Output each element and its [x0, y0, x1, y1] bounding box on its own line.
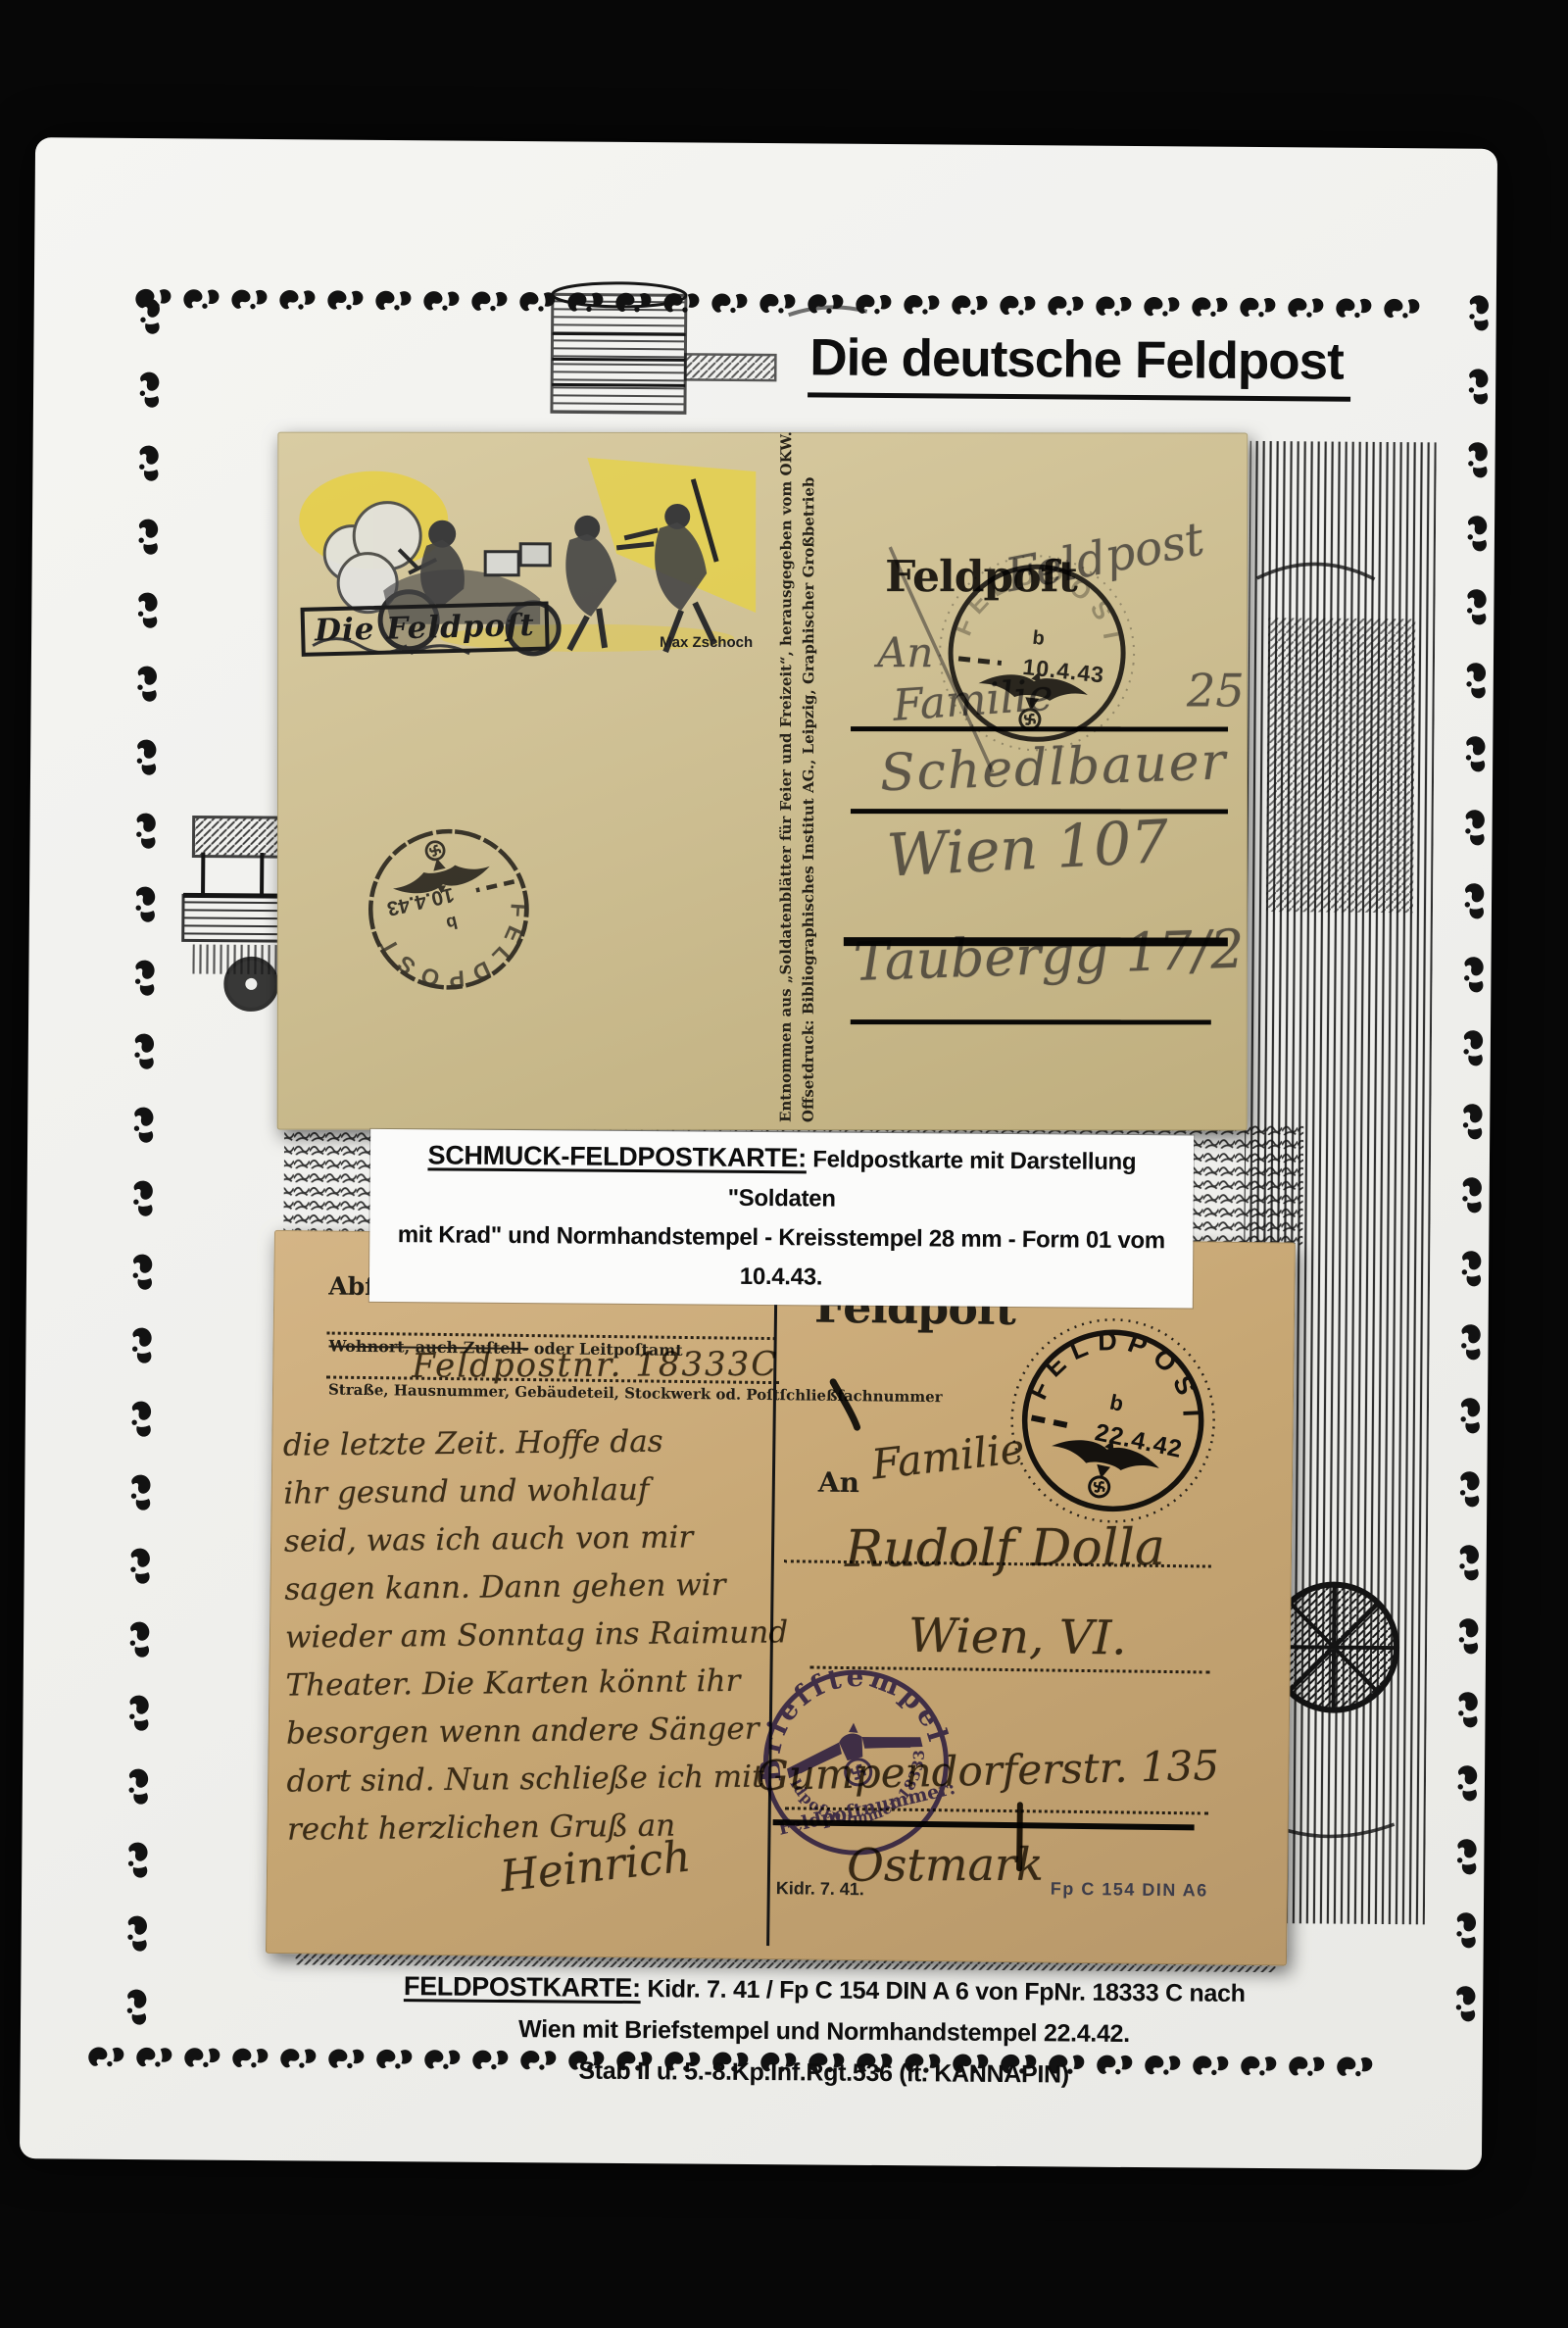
ornament-motif [129, 1177, 156, 1221]
ornament-motif [1465, 366, 1492, 410]
ornament-motif [1464, 513, 1491, 557]
ornament-motif [181, 2044, 225, 2070]
ornament-motif [123, 1986, 150, 2030]
ornament-motif [1454, 1689, 1481, 1733]
caption-2: FELDPOSTKARTE: Kidr. 7. 41 / Fp C 154 DI… [343, 1965, 1304, 2098]
attribution-line-2: Offsetdruck: Bibliographisches Institut … [798, 440, 821, 1122]
message-line: wieder am Sonntag ins Raimund [285, 1609, 775, 1661]
handwritten-message: die letzte Zeit. Hoffe das ihr gesund un… [283, 1416, 778, 1854]
attribution-line-1: Entnommen aus „Soldatenblätter für Feier… [775, 440, 799, 1122]
postmark-circle-2: FELDPOST b 10.4.43 [337, 798, 561, 1021]
ornament-motif [124, 1839, 151, 1883]
postmark2-code: b [444, 913, 459, 934]
ornament-motif [1093, 293, 1137, 320]
caption-1: SCHMUCK-FELDPOSTKARTE: Feldpostkarte mit… [369, 1129, 1194, 1309]
ornament-motif [133, 736, 160, 780]
ornament-motif [125, 1692, 152, 1736]
message-line: sagen kann. Dann gehen wir [284, 1560, 774, 1613]
message-line: die letzte Zeit. Hoffe das [283, 1416, 773, 1469]
postcard-2: Abſender Gfr. Karlik heinrich Wohnort, a… [266, 1230, 1296, 1966]
ornament-motif [1463, 586, 1490, 630]
ornament-motif [128, 1324, 155, 1368]
ornament-motif [1460, 954, 1487, 998]
ornament-motif [1455, 1615, 1482, 1659]
ornament-motif [516, 288, 561, 315]
ornament-motif [372, 287, 416, 314]
ornament-motif [661, 289, 705, 316]
artwork-artist: Max Zschoch [660, 634, 753, 651]
ornament-motif [949, 291, 993, 318]
ornament-motif [420, 287, 465, 314]
ornament-motif [1045, 292, 1089, 319]
artwork-title: Die Feldpoſt [315, 608, 536, 649]
ornament-motif [1457, 1395, 1484, 1439]
message-line: Theater. Die Karten könnt ihr [285, 1657, 775, 1709]
ornament-motif [180, 285, 224, 312]
ornament-motif [1460, 1027, 1487, 1071]
message-line: dort sind. Nun schließe ich mit [286, 1753, 776, 1806]
ornament-motif [85, 2044, 129, 2070]
postmark-ring-text: FELDPOST [1021, 1309, 1224, 1436]
postmark-code: b [1031, 627, 1045, 650]
postmark-code: b [1107, 1390, 1125, 1416]
handwritten-city: Wien 107 [885, 808, 1170, 891]
ornament-motif [564, 288, 609, 315]
ornament-motif [134, 663, 161, 707]
ornament-motif [1189, 293, 1233, 320]
form-code-right: Fp C 154 DIN A6 [1051, 1879, 1208, 1902]
ornament-motif [997, 292, 1041, 319]
handwritten-street: Taubergg 17/2 [853, 918, 1246, 994]
postmark-circle: FELDPOST b 22.4.42 [986, 1293, 1241, 1548]
ornament-motif [129, 1251, 156, 1295]
ornament-motif [1453, 1836, 1480, 1880]
ornament-motif [132, 810, 159, 854]
ornament-motif [1461, 807, 1488, 851]
ornament-motif [1464, 439, 1491, 483]
ornament-motif [1462, 733, 1489, 777]
ornament-motif [1456, 1468, 1483, 1512]
ornament-motif [805, 290, 849, 317]
ornament-motif [1237, 294, 1281, 321]
ornament-motif [1457, 1321, 1484, 1365]
ornament-motif [1381, 295, 1425, 322]
ornament-motif [127, 1471, 154, 1515]
caption-1-line-2: mit Krad" und Normhandstempel - Kreisste… [377, 1215, 1186, 1300]
ornament-motif [1452, 1983, 1479, 2027]
ornament-motif [1458, 1248, 1485, 1292]
svg-text:FELDPOST: FELDPOST [1021, 1309, 1224, 1436]
ornament-motif [853, 291, 897, 318]
caption-2-text: Kidr. 7. 41 / Fp C 154 DIN A 6 von FpNr.… [647, 1975, 1245, 2007]
ornament-motif [468, 288, 513, 315]
caption-1-line-1: SCHMUCK-FELDPOSTKARTE: Feldpostkarte mit… [377, 1135, 1186, 1221]
caption-2-label: FELDPOSTKARTE: [404, 1971, 641, 2003]
handwritten-number: 25 [1187, 664, 1245, 717]
ornament-motif [126, 1618, 153, 1662]
ornament-motif [135, 516, 162, 560]
ornament-motif [228, 286, 272, 313]
postcard-1: Die Feldpoſt Max Zschoch Entnommen aus „… [277, 432, 1249, 1131]
handwritten-feldpostnummer: Feldpostnr. 18333C [412, 1345, 778, 1386]
ornament-motif [1334, 2054, 1378, 2080]
ornament-motif [131, 957, 158, 1001]
ornament-motif [1456, 1542, 1483, 1586]
message-line: recht herzlichen Gruß an [287, 1801, 777, 1854]
ornament-motif [130, 1104, 157, 1148]
ornament-motif [125, 1765, 152, 1809]
ornament-motif [709, 290, 753, 317]
ornament-motif [137, 295, 164, 339]
ornament-motif [132, 883, 159, 927]
an-label: An [818, 1466, 859, 1500]
message-line: ihr gesund und wohlauf [283, 1464, 773, 1517]
ornament-motif [136, 369, 163, 413]
artwork-title-box: Die Feldpoſt [301, 602, 550, 657]
ornament-motif [1466, 292, 1493, 336]
ornament-motif [1333, 295, 1377, 322]
ornament-motif [1463, 660, 1490, 704]
ornament-motif [1285, 294, 1329, 321]
message-line: besorgen wenn andere Sänger [286, 1705, 776, 1758]
caption-2-line-1: FELDPOSTKARTE: Kidr. 7. 41 / Fp C 154 DI… [344, 1965, 1304, 2015]
ornament-motif [757, 290, 801, 317]
ornament-motif [1141, 293, 1185, 320]
ornament-motif [1461, 880, 1488, 924]
postmark-circle-1: FELDPOST b 10.4.43 [924, 540, 1151, 767]
message-line: seid, was ich auch von mir [284, 1512, 774, 1565]
ornament-motif [134, 589, 161, 633]
ornament-motif [124, 1912, 151, 1957]
address-rule [851, 1019, 1211, 1024]
ornament-motif [229, 2045, 273, 2071]
caption-2-line-3: Stab II u. 5.-8.Kp.Inf.Rgt.536 (lt. KANN… [343, 2049, 1303, 2098]
ornament-motif [131, 1030, 158, 1074]
ornament-motif [128, 1398, 155, 1442]
page-title: Die deutsche Feldpost [808, 327, 1351, 401]
ornament-motif [612, 289, 657, 316]
ornament-motif [1454, 1762, 1481, 1807]
ornament-motif [126, 1545, 153, 1589]
album-page: Die deutsche Feldpost [20, 137, 1497, 2170]
caption-1-label: SCHMUCK-FELDPOSTKARTE: [427, 1140, 807, 1172]
ornament-motif [276, 286, 320, 313]
ornament-motif [133, 2044, 177, 2070]
ornament-motif [1459, 1101, 1486, 1145]
handwritten-an: An [877, 628, 933, 676]
ornament-motif [1453, 1909, 1480, 1954]
ornament-motif [901, 291, 945, 318]
ornament-motif [1459, 1174, 1486, 1218]
ornament-motif [135, 442, 162, 486]
attribution-text: Entnommen aus „Soldatenblätter für Feier… [775, 440, 839, 1122]
ornament-motif [277, 2045, 321, 2071]
ornament-motif [324, 286, 368, 313]
